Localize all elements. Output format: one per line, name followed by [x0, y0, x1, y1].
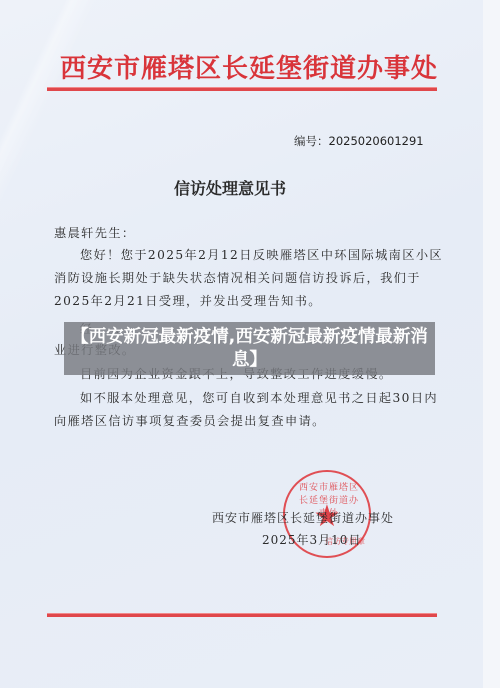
body-line: 消防设施长期处于缺失状态情况相关问题信访投诉后，我们于 — [54, 269, 421, 286]
org-header-title: 西安市雁塔区长延堡街道办事处 — [60, 48, 430, 85]
body-line: 2025年2月21日受理，并发出受理告知书。 — [54, 292, 322, 309]
caption-overlay: 【西安新冠最新疫情,西安新冠最新疫情最新消息】 — [64, 322, 435, 375]
footer-red-rule — [47, 613, 437, 617]
signature-org: 西安市雁塔区长延堡街道办事处 — [212, 509, 394, 526]
body-line: 您好！您于2025年2月12日反映雁塔区中环国际城南区小区 — [80, 246, 443, 263]
caption-text: 【西安新冠最新疫情,西安新冠最新疫情最新消息】 — [70, 326, 430, 372]
salutation: 惠晨轩先生： — [54, 224, 136, 241]
header-red-rule — [47, 87, 437, 91]
document-title: 信访处理意见书 — [174, 176, 286, 199]
body-line: 向雁塔区信访事项复查委员会提出复查申请。 — [54, 412, 326, 429]
page-edge-strip — [483, 0, 500, 688]
body-line: 如不服本处理意见，您可自收到本处理意见书之日起30日内 — [80, 389, 438, 406]
signature-date: 2025年3月10日 — [262, 531, 361, 548]
document-number: 编号：2025020601291 — [294, 133, 424, 149]
